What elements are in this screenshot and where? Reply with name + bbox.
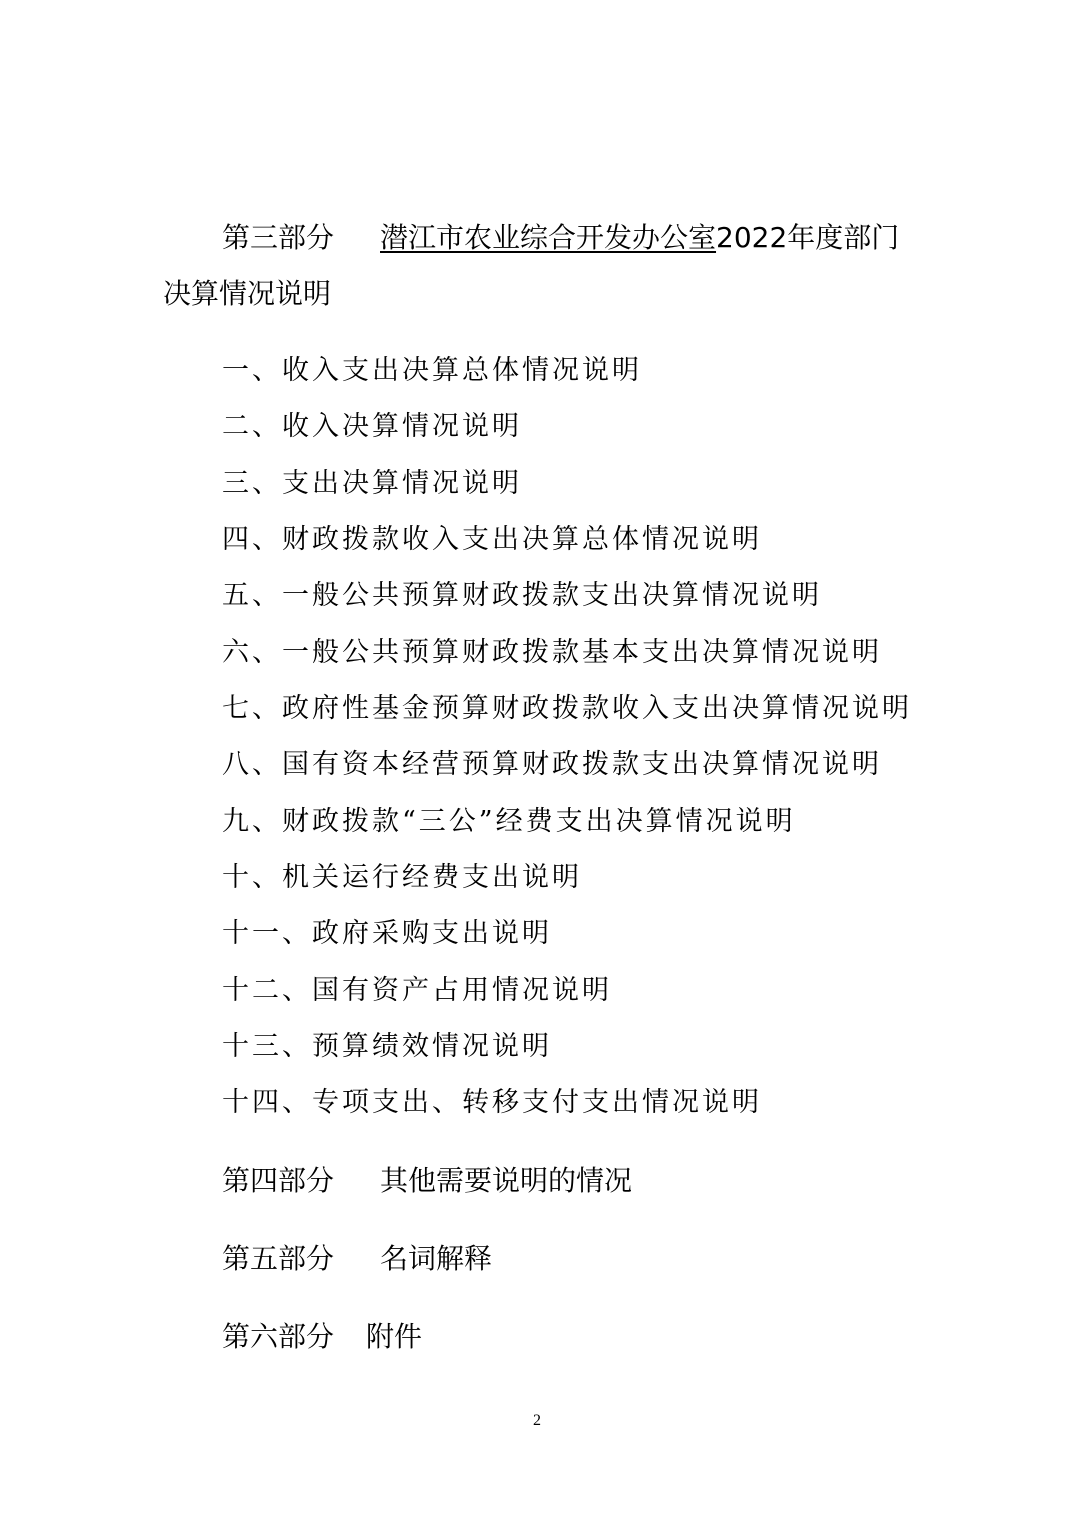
section4-label: 第四部分 <box>222 1164 334 1197</box>
section6-label: 第六部分 <box>222 1320 334 1353</box>
section3-title-rest: 2022年度部门 <box>716 221 899 254</box>
section3-organization: 潜江市农业综合开发办公室 <box>380 221 716 254</box>
toc-item: 二、收入决算情况说明 <box>222 413 522 440</box>
section5-title: 名词解释 <box>380 1242 492 1275</box>
toc-item: 十二、国有资产占用情况说明 <box>222 977 612 1004</box>
toc-item: 十一、政府采购支出说明 <box>222 920 552 947</box>
toc-item: 六、一般公共预算财政拨款基本支出决算情况说明 <box>222 639 882 666</box>
section3-heading-line2: 决算情况说明 <box>163 280 331 308</box>
toc-item: 十四、专项支出、转移支付支出情况说明 <box>222 1089 762 1116</box>
section3-label: 第三部分 <box>222 221 334 254</box>
toc-item: 四、财政拨款收入支出决算总体情况说明 <box>222 526 762 553</box>
section3-heading: 第三部分潜江市农业综合开发办公室2022年度部门 <box>222 224 899 252</box>
toc-item: 一、收入支出决算总体情况说明 <box>222 357 642 384</box>
section4-heading: 第四部分其他需要说明的情况 <box>222 1167 632 1195</box>
toc-item: 五、一般公共预算财政拨款支出决算情况说明 <box>222 582 822 609</box>
toc-item: 十三、预算绩效情况说明 <box>222 1033 552 1060</box>
toc-item: 八、国有资本经营预算财政拨款支出决算情况说明 <box>222 751 882 778</box>
section5-heading: 第五部分名词解释 <box>222 1245 492 1273</box>
section5-label: 第五部分 <box>222 1242 334 1275</box>
section6-title: 附件 <box>366 1320 422 1353</box>
section4-title: 其他需要说明的情况 <box>380 1164 632 1197</box>
document-page: 第三部分潜江市农业综合开发办公室2022年度部门 决算情况说明 一、收入支出决算… <box>0 0 1074 1520</box>
toc-item: 三、支出决算情况说明 <box>222 470 522 497</box>
toc-item: 十、机关运行经费支出说明 <box>222 864 582 891</box>
section6-heading: 第六部分附件 <box>222 1323 422 1351</box>
toc-item: 七、政府性基金预算财政拨款收入支出决算情况说明 <box>222 695 912 722</box>
toc-item: 九、财政拨款“三公”经费支出决算情况说明 <box>222 808 796 835</box>
section3-title-line2: 决算情况说明 <box>163 277 331 310</box>
page-number: 2 <box>0 1412 1074 1430</box>
